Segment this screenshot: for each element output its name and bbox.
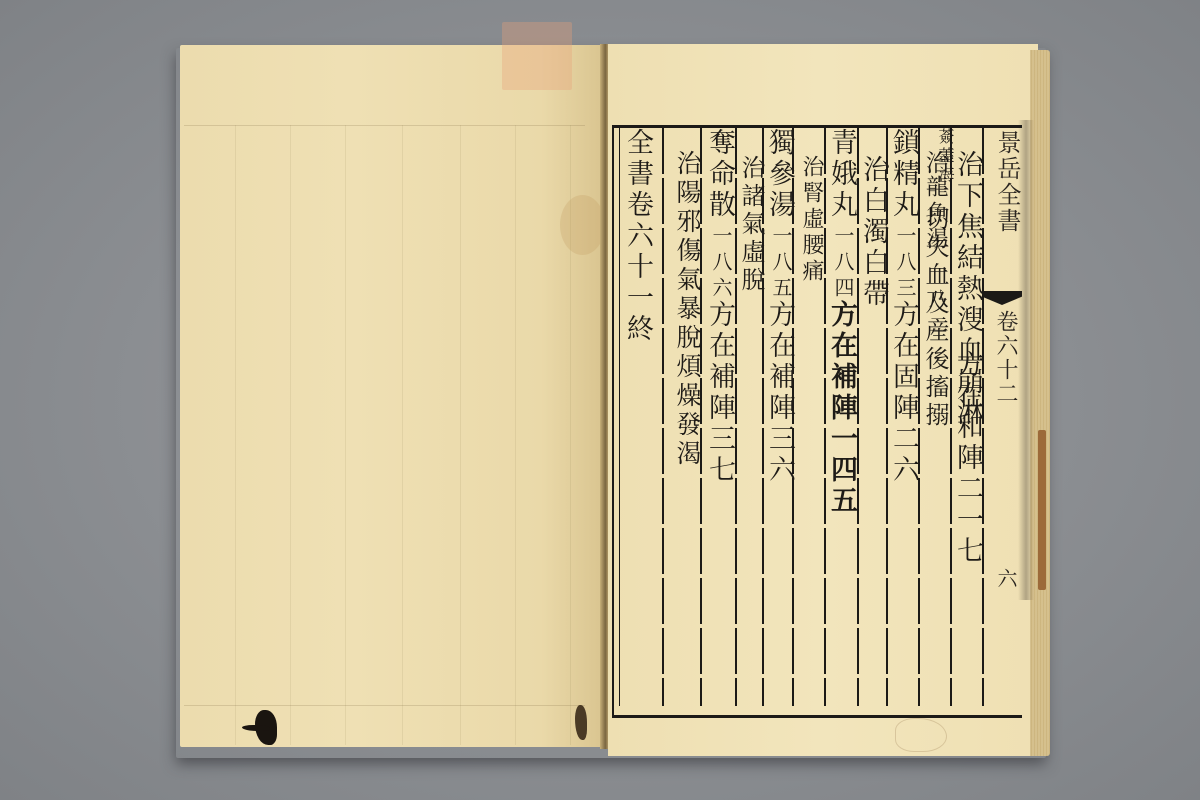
formula-reference: 方在固陣二六 [888,300,918,486]
text-column-indication: 治白濁白帶 [858,155,888,310]
formula-name: 奪命散 [704,128,734,221]
fish-tail-mark [982,291,1022,305]
guide-line [184,705,585,706]
stain-mark [895,718,947,752]
guide-line [235,125,236,745]
formula-number: 一八六 [706,225,736,303]
page-number: 六 [992,568,1021,588]
formula-reference: 方在和陣二一七 [952,350,982,567]
guide-line [460,125,461,745]
seal-caption [502,90,574,98]
wormhole [242,725,270,731]
left-page [180,45,605,747]
wormhole [575,705,587,740]
text-column-indication: 治諸氣虛脫 [736,155,766,295]
formula-number: 一八五 [766,225,796,303]
text-column-indication: 治陽邪傷氣暴脫煩燥發渴 [672,150,702,469]
formula-name: 獨參湯 [764,128,794,221]
column-rule [662,128,664,706]
library-seal [502,22,572,90]
frame-inner-line [619,128,620,706]
guide-line [345,125,346,745]
formula-reference: 方在補陣三七 [704,300,734,486]
guide-line [290,125,291,745]
stain [560,195,605,255]
text-column-indication: 治一切失血及産後搐搦 [920,150,950,430]
formula-reference: 方在補陣三六 [764,300,794,486]
formula-name: 鎖精丸 [888,128,918,221]
guide-line [184,125,585,126]
formula-number: 一八三 [890,225,920,303]
volume-number: 卷六十二 [990,310,1021,406]
guide-line [515,125,516,745]
formula-reference: 方在補陣一四五 [826,300,856,517]
guide-line [402,125,403,745]
formula-number: 一八四 [828,225,858,303]
text-column-indication: 治腎虛腰痛 [796,155,826,285]
paper-tab [1038,430,1046,590]
colophon: 全書卷六十一終 [622,128,652,345]
banxin: 景岳全書 卷六十二 六 [982,128,1022,706]
book-title: 景岳全書 [990,130,1025,234]
formula-name: 青娥丸 [826,128,856,221]
